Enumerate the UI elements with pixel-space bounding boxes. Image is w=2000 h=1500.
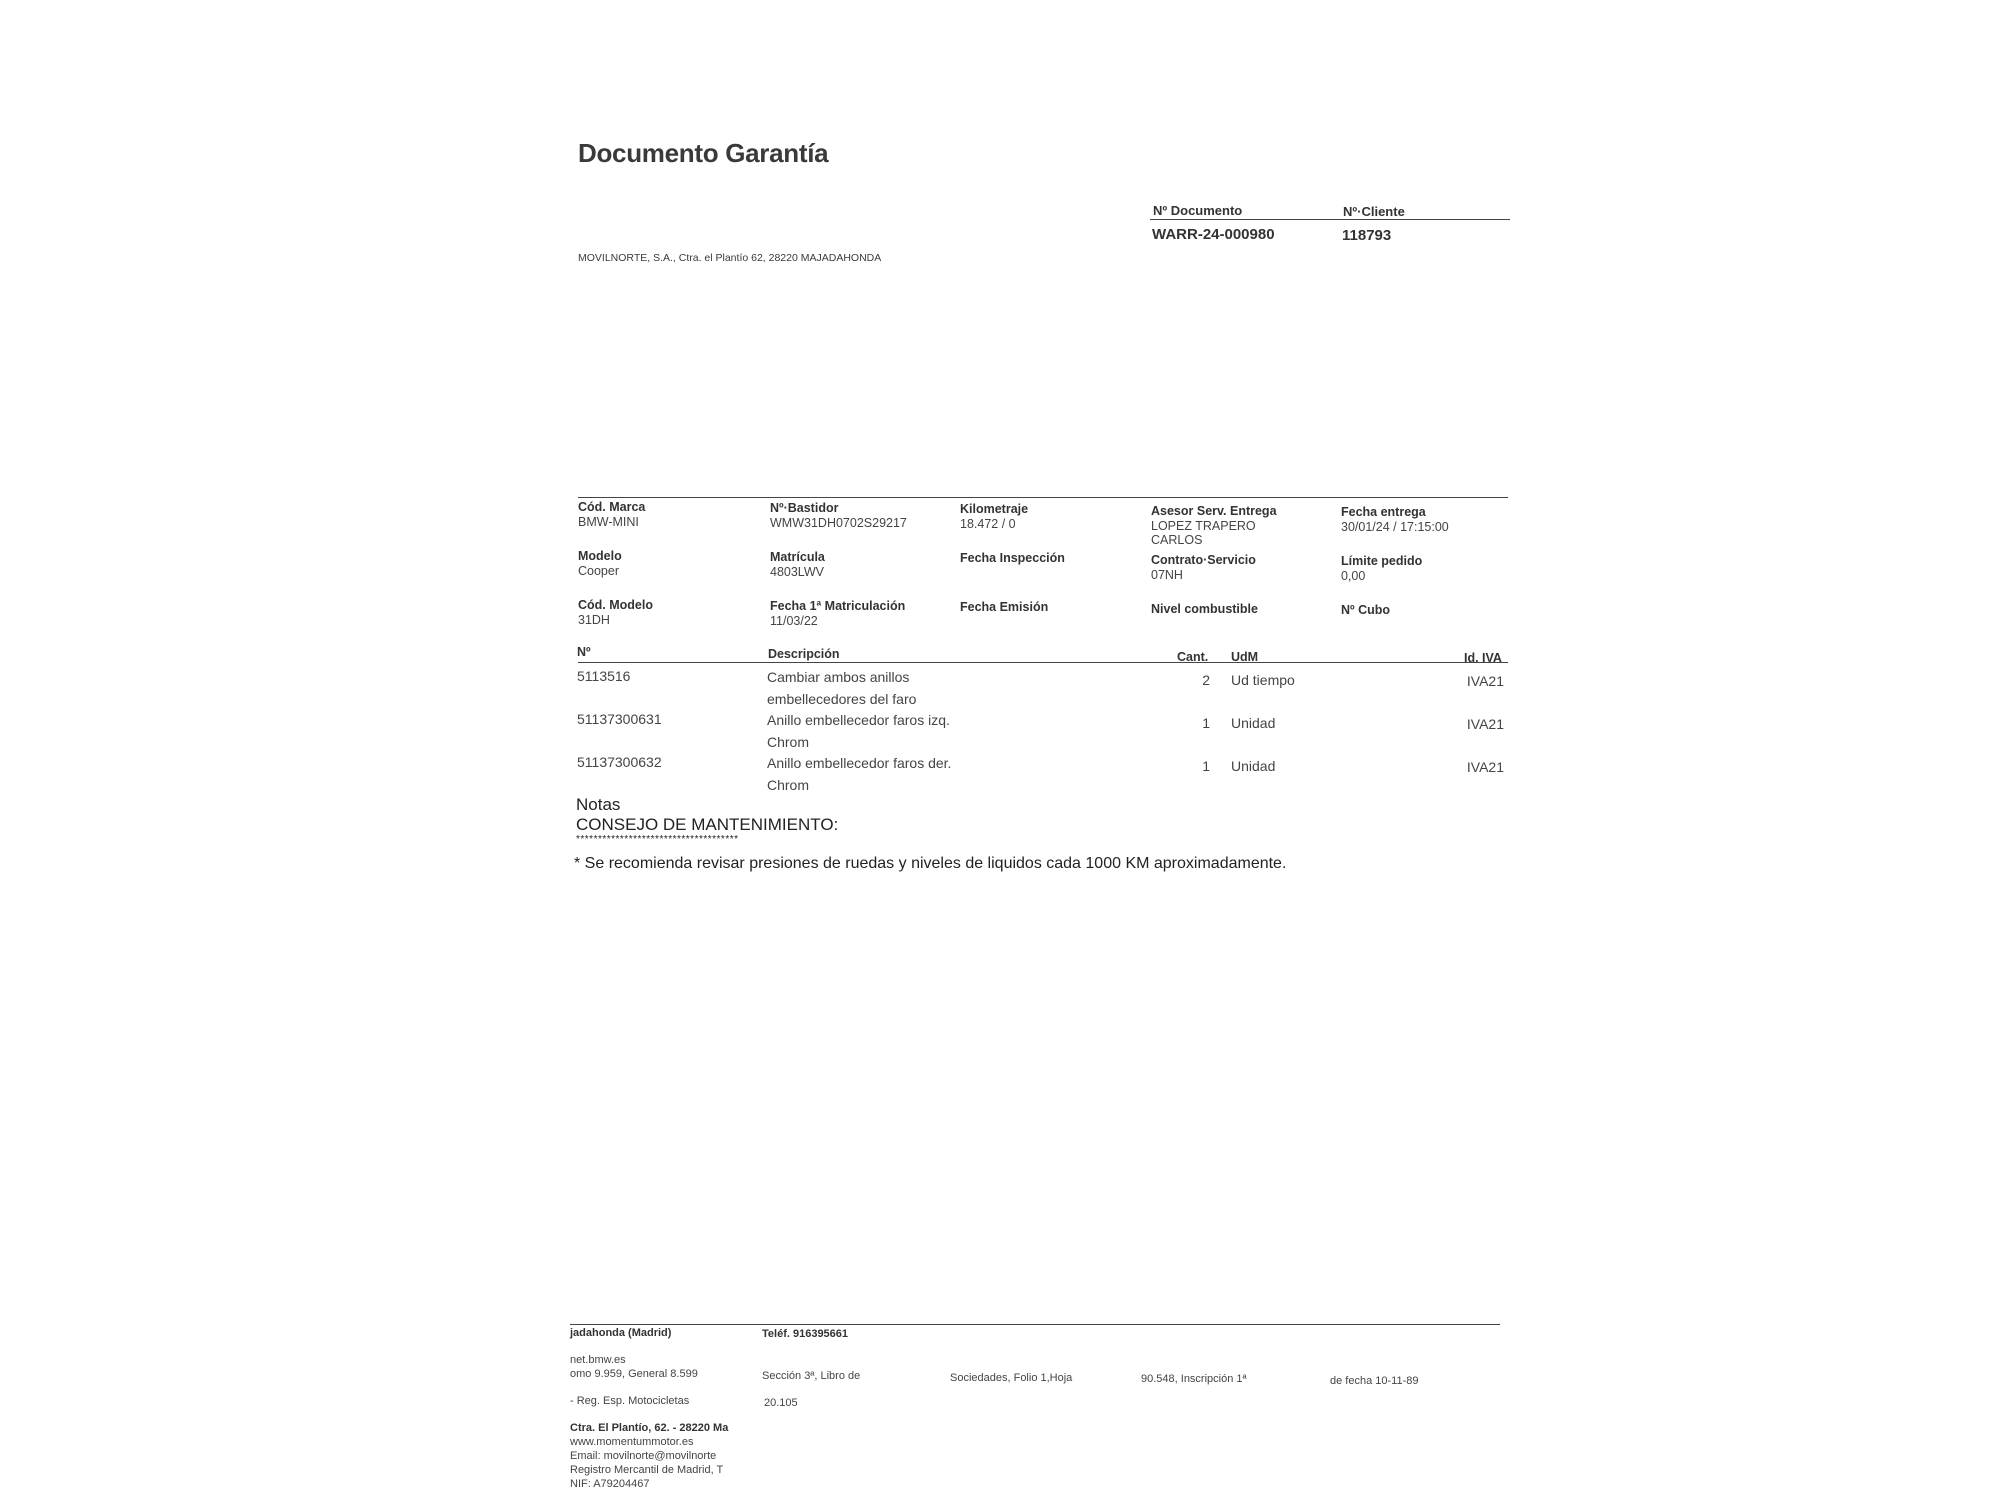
item-description: Anillo embellecedor faros izq. (767, 709, 950, 731)
field-limite: Límite pedido 0,00 (1341, 554, 1422, 583)
field-asesor: Asesor Serv. Entrega LOPEZ TRAPERO CARLO… (1151, 504, 1277, 547)
field-label: Modelo (578, 549, 622, 564)
field-label: Matrícula (770, 550, 825, 565)
field-matricula: Matrícula 4803LWV (770, 550, 825, 579)
client-number: 118793 (1342, 227, 1391, 244)
col-header-desc: Descripción (768, 647, 840, 661)
field-modelo: Modelo Cooper (578, 549, 622, 578)
footer-registro2: Registro Mercantil de Madrid, T (570, 1464, 723, 1476)
footer-motos: - Reg. Esp. Motocicletas (570, 1395, 689, 1407)
item-iva: IVA21 (1400, 670, 1504, 692)
doc-number: WARR-24-000980 (1152, 226, 1275, 243)
field-value: 18.472 / 0 (960, 517, 1028, 531)
field-value: LOPEZ TRAPERO (1151, 519, 1277, 533)
field-label: Cód. Marca (578, 500, 645, 515)
notes-title: Notas (576, 795, 620, 815)
item-quantity: 1 (1150, 755, 1210, 777)
field-fecha-emision: Fecha Emisión (960, 600, 1048, 615)
footer-web2: www.momentummotor.es (570, 1436, 693, 1448)
field-label: Nº·Bastidor (770, 501, 907, 516)
field-value: BMW-MINI (578, 515, 645, 529)
field-label: Cód. Modelo (578, 598, 653, 613)
vehicle-divider (578, 497, 1508, 498)
field-label: Fecha 1ª Matriculación (770, 599, 905, 614)
document-title: Documento Garantía (578, 138, 828, 169)
field-kilometraje: Kilometraje 18.472 / 0 (960, 502, 1028, 531)
field-cubo: Nº Cubo (1341, 603, 1390, 618)
field-label: Contrato·Servicio (1151, 553, 1256, 568)
field-value: 11/03/22 (770, 614, 905, 628)
notes-heading: CONSEJO DE MANTENIMIENTO: (576, 815, 838, 835)
item-description-cont: Chrom (767, 774, 809, 796)
item-description-cont: Chrom (767, 731, 809, 753)
field-label: Fecha entrega (1341, 505, 1449, 520)
field-label: Nº Cubo (1341, 603, 1390, 618)
field-value: WMW31DH0702S29217 (770, 516, 907, 530)
field-value: 4803LWV (770, 565, 825, 579)
field-nivel-combustible: Nivel combustible (1151, 602, 1258, 617)
field-value: Cooper (578, 564, 622, 578)
footer-divider (570, 1324, 1500, 1325)
company-address: MOVILNORTE, S.A., Ctra. el Plantío 62, 2… (578, 252, 881, 264)
field-label: Límite pedido (1341, 554, 1422, 569)
item-unit: Unidad (1231, 755, 1275, 777)
field-bastidor: Nº·Bastidor WMW31DH0702S29217 (770, 501, 907, 530)
item-iva: IVA21 (1400, 756, 1504, 778)
field-fecha-matriculacion: Fecha 1ª Matriculación 11/03/22 (770, 599, 905, 628)
client-label: Nº·Cliente (1343, 204, 1405, 219)
field-cod-marca: Cód. Marca BMW-MINI (578, 500, 645, 529)
item-quantity: 2 (1150, 669, 1210, 691)
footer-email: Email: movilnorte@movilnorte (570, 1450, 716, 1462)
footer-motos-num: 20.105 (764, 1397, 798, 1409)
footer-phone: Teléf. 916395661 (762, 1328, 848, 1340)
item-number: 51137300632 (577, 751, 662, 773)
col-header-no: Nº (577, 645, 591, 659)
footer-address: Ctra. El Plantío, 62. - 28220 Ma (570, 1422, 728, 1434)
item-quantity: 1 (1150, 712, 1210, 734)
field-fecha-inspeccion: Fecha Inspección (960, 551, 1065, 566)
field-value: CARLOS (1151, 533, 1277, 547)
field-value: 31DH (578, 613, 653, 627)
items-divider (578, 662, 1508, 663)
field-label: Kilometraje (960, 502, 1028, 517)
item-description: Cambiar ambos anillos (767, 666, 909, 688)
field-cod-modelo: Cód. Modelo 31DH (578, 598, 653, 627)
item-number: 51137300631 (577, 708, 662, 730)
footer-fecha: de fecha 10-11-89 (1330, 1375, 1418, 1387)
header-divider (1150, 219, 1510, 220)
item-unit: Ud tiempo (1231, 669, 1295, 691)
field-value: 0,00 (1341, 569, 1422, 583)
item-iva: IVA21 (1400, 713, 1504, 735)
item-description: Anillo embellecedor faros der. (767, 752, 951, 774)
footer-nif: NIF: A79204467 (570, 1478, 650, 1490)
footer-sociedades: Sociedades, Folio 1,Hoja (950, 1372, 1072, 1384)
item-number: 5113516 (577, 665, 630, 687)
field-label: Asesor Serv. Entrega (1151, 504, 1277, 519)
footer-city: jadahonda (Madrid) (570, 1327, 671, 1339)
doc-number-label: Nº Documento (1153, 203, 1242, 218)
field-label: Nivel combustible (1151, 602, 1258, 617)
field-value: 30/01/24 / 17:15:00 (1341, 520, 1449, 534)
notes-recommendation: * Se recomienda revisar presiones de rue… (574, 855, 1286, 873)
field-label: Fecha Emisión (960, 600, 1048, 615)
footer-hoja: 90.548, Inscripción 1ª (1141, 1373, 1247, 1385)
field-fecha-entrega: Fecha entrega 30/01/24 / 17:15:00 (1341, 505, 1449, 534)
field-value: 07NH (1151, 568, 1256, 582)
field-label: Fecha Inspección (960, 551, 1065, 566)
footer-registro1: omo 9.959, General 8.599 (570, 1368, 698, 1380)
footer-seccion: Sección 3ª, Libro de (762, 1370, 860, 1382)
field-contrato: Contrato·Servicio 07NH (1151, 553, 1256, 582)
item-unit: Unidad (1231, 712, 1275, 734)
notes-separator: ************************************* (576, 834, 739, 845)
footer-web1: net.bmw.es (570, 1354, 626, 1366)
item-description-cont: embellecedores del faro (767, 688, 916, 710)
